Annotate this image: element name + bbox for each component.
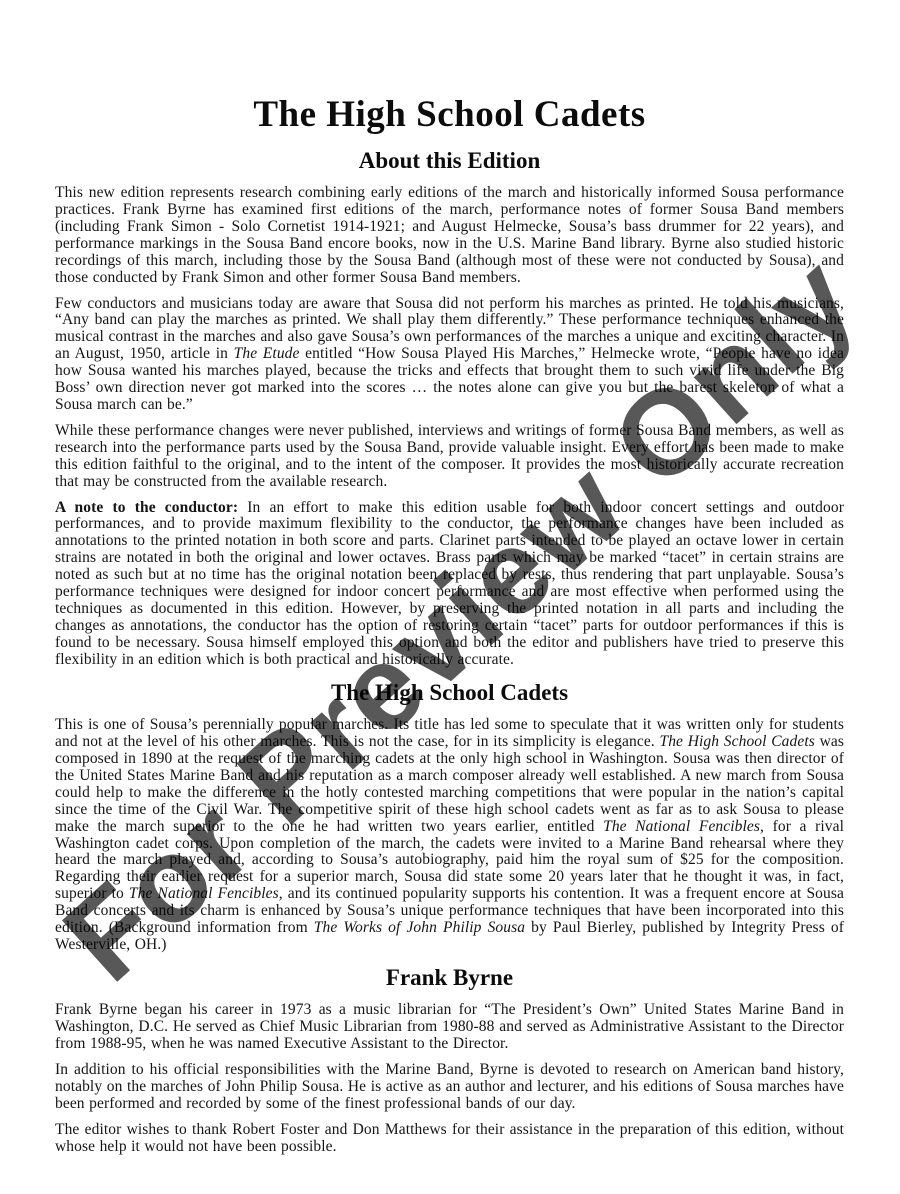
- document-content: The High School Cadets About this Editio…: [55, 0, 844, 1165]
- paragraph-about-4-conductor-note: A note to the conductor: In an effort to…: [55, 500, 844, 669]
- page-title: The High School Cadets: [55, 94, 844, 137]
- paragraph-byrne-3-acknowledgement: The editor wishes to thank Robert Foster…: [55, 1122, 844, 1156]
- paragraph-about-3: While these performance changes were nev…: [55, 423, 844, 491]
- paragraph-about-2: Few conductors and musicians today are a…: [55, 296, 844, 414]
- paragraph-byrne-2: In addition to his official responsibili…: [55, 1062, 844, 1113]
- section-heading-high-school-cadets: The High School Cadets: [55, 679, 844, 707]
- section-heading-frank-byrne: Frank Byrne: [55, 964, 844, 992]
- scanned-document-page: For Preview Only The High School Cadets …: [0, 0, 900, 1194]
- section-heading-about-this-edition: About this Edition: [55, 147, 844, 175]
- paragraph-march-history: This is one of Sousa’s perennially popul…: [55, 717, 844, 954]
- paragraph-about-1: This new edition represents research com…: [55, 185, 844, 286]
- paragraph-byrne-1: Frank Byrne began his career in 1973 as …: [55, 1002, 844, 1053]
